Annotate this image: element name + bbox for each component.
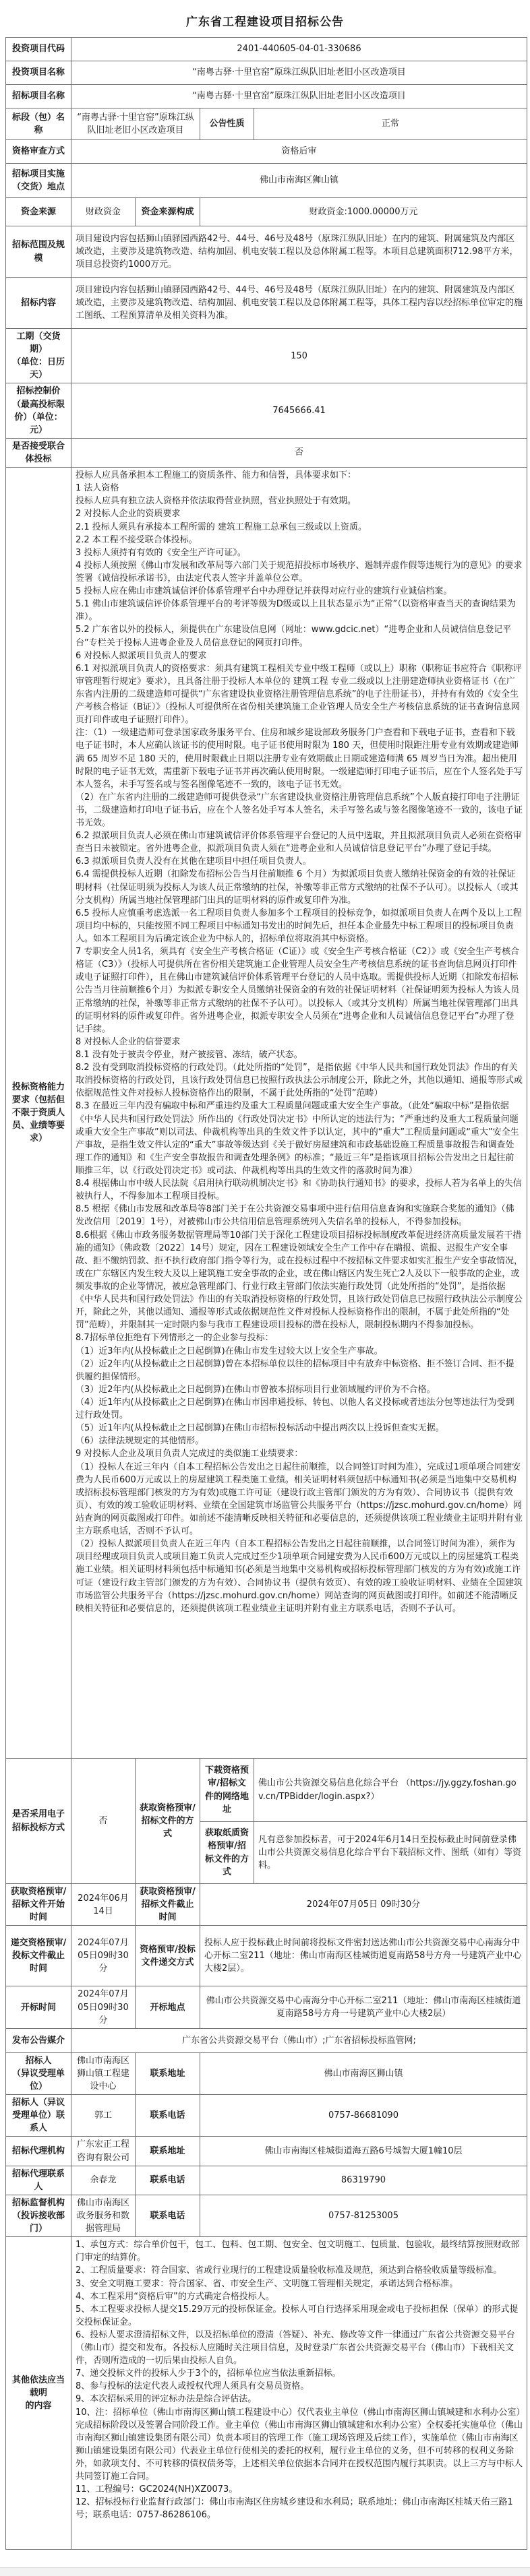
open-time-label: 开标时间: [6, 1986, 71, 2028]
joint-bid-label: 是否接受联合体投标: [6, 438, 71, 467]
bidder-value: 佛山市南海区狮山镇工程建设中心: [71, 2052, 136, 2094]
tender-name-value: “南粤古驿·十里官窑”原珠江纵队旧址老旧小区改造项目: [71, 85, 527, 108]
supervisor-label: 招标监督机构 （投诉接收部门）: [6, 2195, 71, 2236]
row-bid-opening: 开标时间 2024年07月05日09时30分 开标地点 佛山市公共资源交易中心南…: [6, 1986, 527, 2028]
open-place-value: 佛山市公共资源交易中心南海分中心开标二室211（地址：佛山市南海区桂城街道夏南路…: [200, 1986, 527, 2028]
row-obtain-time: 获取资格预审/招标文件开始时间 2024年06月14日 获取资格预审/招标文件截…: [6, 1884, 527, 1926]
page-footer-strip: [0, 2567, 530, 2576]
row-section-name: 标段（包）名称 “南粤古驿·十里官窑”原珠江纵队旧址老旧小区改造项目 公告性质 …: [6, 108, 527, 140]
media-value: 广东省公共资源交易平台（佛山市）;广东省招标投标监管网;: [71, 2028, 527, 2052]
row-bidder: 招标人 （异议受理单位） 佛山市南海区狮山镇工程建设中心 联系地址 佛山市南海区…: [6, 2052, 527, 2094]
submit-method-label: 资格预审/投标文件递交方式: [136, 1926, 200, 1986]
funds-composition-value: 财政资金:1000.00000万元: [200, 198, 527, 226]
submit-deadline-label: 递交资格预审/投标文件截止时间: [6, 1926, 71, 1986]
submit-deadline-value: 2024年07月05日09时30分: [71, 1926, 136, 1986]
other-content-value: 1、承包方式：综合单价包干，包工、包料、包工期、包安全、包文明施工、包质量、包验…: [71, 2237, 527, 2550]
row-joint-bid: 是否接受联合体投标 否: [6, 438, 527, 467]
row-other-content: 其他依法应当载明 的内容 1、承包方式：综合单价包干，包工、包料、包工期、包安全…: [6, 2237, 527, 2550]
open-time-value: 2024年07月05日09时30分: [71, 1986, 136, 2028]
page-title: 广东省工程建设项目招标公告: [0, 12, 530, 29]
submit-method-value: 投标人应于投标截止时间前将投标文件密封送达佛山市公共资源交易中心南海分中心开标二…: [200, 1926, 527, 1986]
bidder-addr-label: 联系地址: [136, 2052, 200, 2094]
row-location: 招标项目实施 （交货）地点 佛山市南海区狮山镇: [6, 164, 527, 198]
agency-value: 广东宏正工程咨询有限公司: [71, 2137, 136, 2166]
other-content-label: 其他依法应当载明 的内容: [6, 2237, 71, 2550]
row-tender-name: 招标项目名称 “南粤古驿·十里官窑”原珠江纵队旧址老旧小区改造项目: [6, 85, 527, 108]
electronic-bidding-label: 是否采用电子 招标投标方式: [6, 1759, 71, 1884]
obtain-method-label: 获取资格预审/招标文件的方式: [136, 1759, 200, 1884]
download-url-label: 下载资格预审/招标文件的网络地址: [200, 1759, 254, 1822]
supervisor-phone-label: 联系电话: [136, 2195, 200, 2236]
location-label: 招标项目实施 （交货）地点: [6, 164, 71, 198]
bidder-addr-value: 佛山市南海区狮山镇: [200, 2052, 527, 2094]
control-price-value: 7645666.41: [71, 383, 527, 438]
supervisor-phone-value: 0757-81253005: [200, 2195, 527, 2236]
obtain-start-label: 获取资格预审/招标文件开始时间: [6, 1884, 71, 1926]
scope-value: 项目建设内容包括狮山镇驿园西路42号、44号、46号及48号（原珠江纵队旧址）在…: [71, 226, 527, 278]
agency-contact-label: 招标代理联系人: [6, 2166, 71, 2195]
agency-addr-label: 联系地址: [136, 2137, 200, 2166]
bidder-phone-value: 0757-86681090: [200, 2095, 527, 2137]
qualification-req-label: 投标资格能力要求（包括但不限于资质人员、业绩等要求）: [6, 468, 71, 1759]
duration-value: 150: [71, 329, 527, 383]
content-value: 项目建设内容包括狮山镇驿园西路42号、44号、46号及48号（原珠江纵队旧址）在…: [71, 278, 527, 329]
electronic-bidding-value: 否: [71, 1759, 136, 1884]
bidder-label: 招标人 （异议受理单位）: [6, 2052, 71, 2094]
agency-addr-value: 佛山市南海区桂城街道海五路6号城智大厦1幢10层: [200, 2137, 527, 2166]
invest-name-value: “南粤古驿·十里官窑”原珠江纵队旧址老旧小区改造项目: [71, 61, 527, 85]
paper-method-value: 凡有意参加投标者，可于2024年6月14日至投标截止时间前登录佛山市公共资源交易…: [254, 1822, 527, 1884]
tender-announcement-table: 投资项目代码 2401-440605-04-01-330686 投资项目名称 “…: [5, 37, 527, 2550]
content-label: 招标内容: [6, 278, 71, 329]
agency-label: 招标代理机构: [6, 2137, 71, 2166]
row-scope: 招标范围及规模 项目建设内容包括狮山镇驿园西路42号、44号、46号及48号（原…: [6, 226, 527, 278]
obtain-end-label: 获取资格预审/招标文件截止时间: [136, 1884, 200, 1926]
row-control-price: 招标控制价（最高投标限价）（单位：元） 7645666.41: [6, 383, 527, 438]
qualification-req-value: 投标人应具备承担本工程施工的资质条件、能力和信誉，具体要求如下： 1 法人资格 …: [71, 468, 527, 1759]
row-funds: 资金来源 财政资金 资金来源构成 财政资金:1000.00000万元: [6, 198, 527, 226]
row-submit-deadline: 递交资格预审/投标文件截止时间 2024年07月05日09时30分 资格预审/投…: [6, 1926, 527, 1986]
duration-label: 工期（交货期） （单位：日历天）: [6, 329, 71, 383]
tender-name-label: 招标项目名称: [6, 85, 71, 108]
media-label: 发布公告媒介: [6, 2028, 71, 2052]
scope-label: 招标范围及规模: [6, 226, 71, 278]
qualification-method-value: 资格后审: [71, 140, 527, 164]
download-url-value: 佛山市公共资源交易信息化综合平台 （https://jy.ggzy.foshan…: [254, 1759, 527, 1822]
obtain-start-value: 2024年06月14日: [71, 1884, 136, 1926]
row-agency-contact: 招标代理联系人 余春龙 联系电话 86319790: [6, 2166, 527, 2195]
notice-nature-value: 正常: [254, 108, 527, 140]
paper-method-label: 获取纸质资格预审/招标文件的方式: [200, 1822, 254, 1884]
bidder-phone-label: 联系电话: [136, 2095, 200, 2137]
row-electronic-download: 是否采用电子 招标投标方式 否 获取资格预审/招标文件的方式 下载资格预审/招标…: [6, 1759, 527, 1822]
row-media: 发布公告媒介 广东省公共资源交易平台（佛山市）;广东省招标投标监管网;: [6, 2028, 527, 2052]
obtain-end-value: 2024年07月05日 09时30分: [200, 1884, 527, 1926]
row-invest-name: 投资项目名称 “南粤古驿·十里官窑”原珠江纵队旧址老旧小区改造项目: [6, 61, 527, 85]
notice-nature-label: 公告性质: [200, 108, 254, 140]
row-qualification-method: 资格审查方式 资格后审: [6, 140, 527, 164]
bidder-contact-value: 郭工: [71, 2095, 136, 2137]
joint-bid-value: 否: [71, 438, 527, 467]
control-price-label: 招标控制价（最高投标限价）（单位：元）: [6, 383, 71, 438]
row-content: 招标内容 项目建设内容包括狮山镇驿园西路42号、44号、46号及48号（原珠江纵…: [6, 278, 527, 329]
qualification-method-label: 资格审查方式: [6, 140, 71, 164]
row-bidder-contact: 招标人（异议受理单位）联系人 郭工 联系电话 0757-86681090: [6, 2095, 527, 2137]
row-invest-code: 投资项目代码 2401-440605-04-01-330686: [6, 38, 527, 61]
invest-code-value: 2401-440605-04-01-330686: [71, 38, 527, 61]
row-supervisor: 招标监督机构 （投诉接收部门） 佛山市南海区政务服务和数据管理局 联系电话 07…: [6, 2195, 527, 2236]
row-qualification-req: 投标资格能力要求（包括但不限于资质人员、业绩等要求） 投标人应具备承担本工程施工…: [6, 468, 527, 1759]
funds-composition-label: 资金来源构成: [136, 198, 200, 226]
agency-phone-label: 联系电话: [136, 2166, 200, 2195]
bidder-contact-label: 招标人（异议受理单位）联系人: [6, 2095, 71, 2137]
supervisor-value: 佛山市南海区政务服务和数据管理局: [71, 2195, 136, 2236]
agency-phone-value: 86319790: [200, 2166, 527, 2195]
section-name-value: “南粤古驿·十里官窑”原珠江纵队旧址老旧小区改造项目: [71, 108, 200, 140]
row-agency: 招标代理机构 广东宏正工程咨询有限公司 联系地址 佛山市南海区桂城街道海五路6号…: [6, 2137, 527, 2166]
row-duration: 工期（交货期） （单位：日历天） 150: [6, 329, 527, 383]
invest-name-label: 投资项目名称: [6, 61, 71, 85]
agency-contact-value: 余春龙: [71, 2166, 136, 2195]
funds-label: 资金来源: [6, 198, 71, 226]
section-name-label: 标段（包）名称: [6, 108, 71, 140]
location-value: 佛山市南海区狮山镇: [71, 164, 527, 198]
invest-code-label: 投资项目代码: [6, 38, 71, 61]
funds-value: 财政资金: [71, 198, 136, 226]
open-place-label: 开标地点: [136, 1986, 200, 2028]
